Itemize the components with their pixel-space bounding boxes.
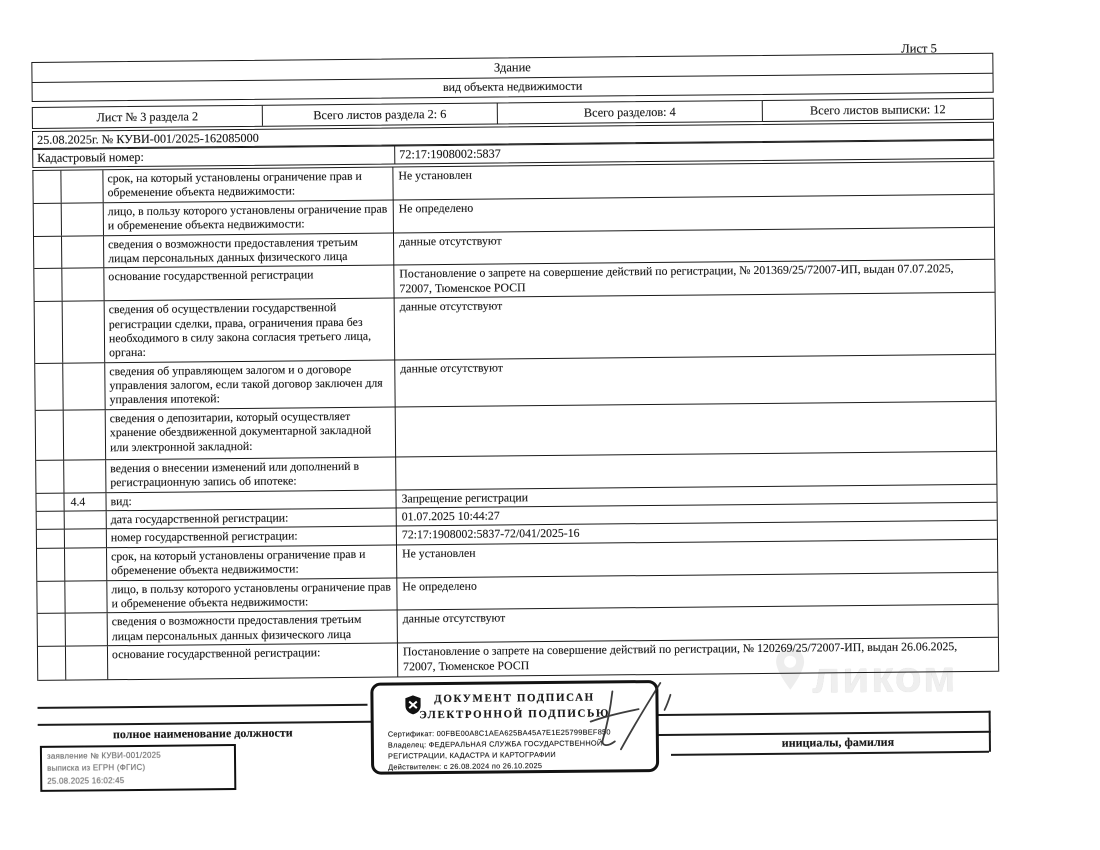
row-number-cell	[61, 170, 103, 202]
row-number-cell	[63, 363, 105, 410]
row-value-cell: данные отсутствуют	[395, 354, 995, 406]
row-number-cell: 4.4	[64, 493, 106, 511]
counter-section-sheets: Всего листов раздела 2: 6	[263, 103, 498, 125]
counter-sections-total: Всего разделов: 4	[498, 101, 763, 124]
row-outer-cell	[33, 171, 61, 203]
counter-sheet: Лист № 3 раздела 2	[33, 106, 263, 128]
row-value-cell	[396, 402, 996, 457]
right-block-bracket	[989, 711, 991, 752]
cadastral-value: 72:17:1908002:5837	[395, 141, 993, 164]
table-row: сведения об осуществлении государственно…	[35, 293, 996, 364]
signature-line-left-top	[38, 704, 368, 709]
row-number-cell	[64, 460, 106, 492]
row-number-cell	[65, 548, 107, 580]
row-label-cell: лицо, в пользу которого установлены огра…	[104, 200, 394, 235]
row-outer-cell	[37, 548, 65, 580]
row-value-cell	[396, 452, 996, 490]
cadastral-label: Кадастровый номер:	[33, 146, 395, 166]
row-label-cell: вид:	[106, 490, 396, 510]
table-row: сведения о депозитарии, который осуществ…	[36, 402, 996, 461]
row-label-cell: номер государственной регистрации:	[107, 527, 397, 547]
row-value-cell: Не определено	[397, 572, 997, 610]
initials-caption: инициалы, фамилия	[693, 734, 983, 752]
row-value-cell: данные отсутствуют	[395, 293, 996, 359]
document-page: ликом Лист 5 Здание вид объекта недвижим…	[0, 0, 1100, 850]
row-outer-cell	[34, 269, 62, 301]
row-label-cell: дата государственной регистрации:	[107, 509, 397, 529]
object-type-box: Здание вид объекта недвижимости	[31, 53, 993, 102]
row-outer-cell	[37, 581, 65, 613]
row-number-cell	[65, 511, 107, 529]
row-value-cell: данные отсутствуют	[394, 227, 994, 265]
row-number-cell	[64, 410, 106, 459]
row-number-cell	[62, 203, 104, 235]
row-value-cell: данные отсутствуют	[398, 605, 998, 643]
row-number-cell	[63, 301, 106, 362]
row-label-cell: сведения о возможности предоставления тр…	[104, 233, 394, 268]
emblem-seal-icon	[403, 694, 422, 715]
row-label-cell: ведения о внесении изменений или дополне…	[106, 457, 396, 492]
row-label-cell: основание государственной регистрации:	[108, 644, 398, 680]
row-label-cell: сведения о возможности предоставления тр…	[108, 611, 398, 646]
row-label-cell: сведения о депозитарии, который осуществ…	[106, 407, 396, 459]
row-number-cell	[66, 646, 108, 679]
row-outer-cell	[35, 302, 64, 363]
row-label-cell: срок, на который установлены ограничение…	[107, 545, 397, 580]
row-label-cell: сведения об осуществлении государственно…	[105, 299, 396, 362]
row-label-cell: сведения об управляющем залогом и о дого…	[105, 360, 395, 409]
row-number-cell	[65, 581, 107, 613]
row-outer-cell	[36, 493, 64, 511]
document-header: Здание вид объекта недвижимости Лист № 3…	[31, 53, 994, 168]
row-value-cell: Не установлен	[397, 540, 997, 578]
esign-validity: Действителен: с 26.08.2024 по 26.10.2025	[388, 759, 644, 773]
row-outer-cell	[37, 530, 65, 548]
row-number-cell	[62, 236, 104, 268]
row-number-cell	[66, 614, 108, 646]
row-value-cell: Не определено	[394, 195, 994, 233]
row-outer-cell	[34, 203, 62, 235]
signature-line-right-bottom	[671, 751, 989, 756]
row-value-cell: Не установлен	[393, 162, 993, 200]
row-label-cell: срок, на который установлены ограничение…	[103, 167, 393, 202]
row-number-cell	[62, 269, 104, 301]
row-outer-cell	[34, 236, 62, 268]
row-outer-cell	[36, 461, 64, 493]
row-label-cell: основание государственной регистрации	[104, 266, 394, 301]
row-outer-cell	[38, 647, 66, 680]
row-outer-cell	[37, 512, 65, 530]
row-value-cell: Постановление о запрете на совершение де…	[398, 638, 998, 677]
counter-extract-sheets: Всего листов выписки: 12	[763, 99, 993, 121]
faint-service-stamp: заявление № КУВИ-001/2025 выписка из ЕГР…	[40, 744, 236, 792]
records-table: срок, на который установлены ограничение…	[32, 161, 999, 681]
row-number-cell	[65, 530, 107, 548]
row-outer-cell	[38, 614, 66, 646]
row-outer-cell	[35, 363, 63, 409]
position-caption: полное наименование должности	[38, 725, 368, 743]
faint-stamp-line: 25.08.2025 16:02:45	[47, 774, 234, 788]
row-label-cell: лицо, в пользу которого установлены огра…	[107, 578, 397, 613]
row-outer-cell	[36, 411, 64, 460]
handwritten-signature	[578, 679, 691, 760]
row-value-cell: Постановление о запрете на совершение де…	[394, 260, 994, 298]
